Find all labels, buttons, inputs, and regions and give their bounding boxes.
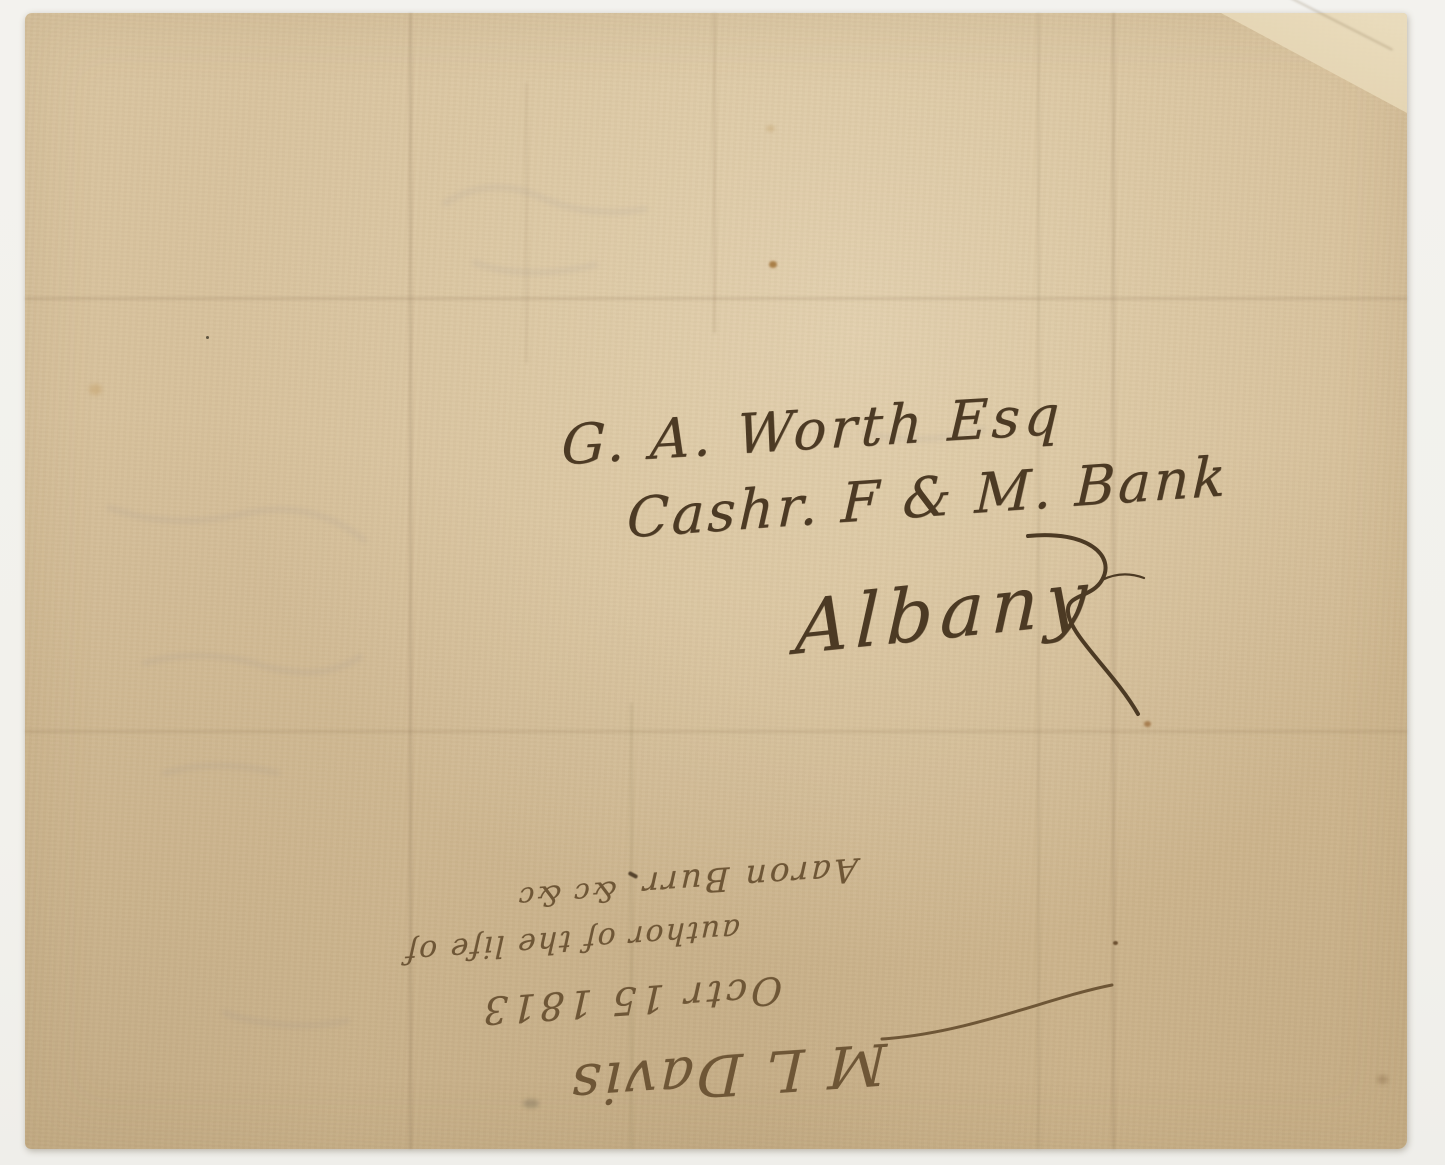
fold-line-vertical-faint-upper (525, 83, 528, 363)
docket-note-aaron-burr: Aaron Burr (640, 850, 859, 904)
fold-line-horizontal-upper (25, 297, 1407, 300)
ink-speck (206, 336, 209, 339)
stain-spot (1144, 721, 1151, 727)
docket-signature: M L Davis (567, 1030, 887, 1119)
signature-flourish-stroke (860, 975, 1120, 1085)
docket-block-upside-down: M L Davis Octr 15 1813 author of the lif… (400, 845, 1120, 1115)
foxing-spot (89, 384, 102, 395)
docket-note-etcetera: &c &c (516, 874, 617, 914)
corner-fold-highlight (1221, 13, 1407, 113)
fold-line-horizontal-middle (25, 730, 1407, 733)
scan-background: G. A. Worth Esq Cashr. F & M. Bank Alban… (0, 0, 1445, 1165)
docket-date: Octr 15 1813 (479, 968, 783, 1033)
stain-spot (769, 261, 777, 268)
foxing-spot (766, 125, 775, 132)
fold-line-vertical-center-upper (713, 13, 716, 333)
dirt-spot (1377, 1075, 1388, 1084)
address-line-city: Albany (794, 554, 1095, 672)
docket-note-line-1: author of the life of (403, 911, 740, 970)
letter-paper: G. A. Worth Esq Cashr. F & M. Bank Alban… (25, 13, 1407, 1149)
